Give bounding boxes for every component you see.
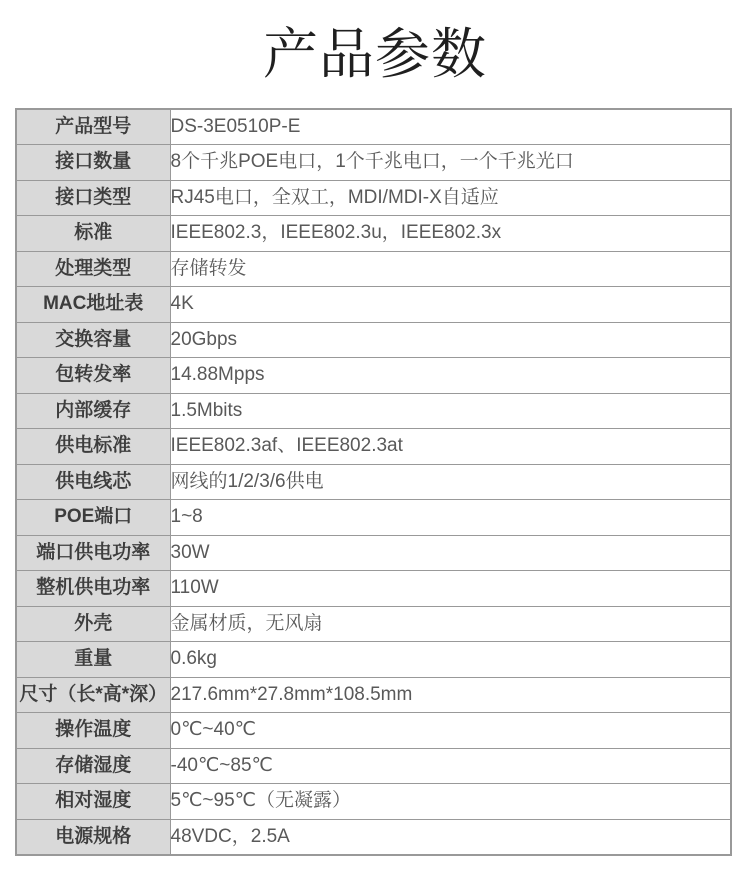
- table-row: 重量 0.6kg: [16, 642, 731, 678]
- spec-value: 1.5Mbits: [170, 393, 731, 429]
- spec-value: 217.6mm*27.8mm*108.5mm: [170, 677, 731, 713]
- spec-value: 金属材质，无风扇: [170, 606, 731, 642]
- spec-value: 0℃~40℃: [170, 713, 731, 749]
- spec-value: 8个千兆POE电口，1个千兆电口，一个千兆光口: [170, 145, 731, 181]
- spec-value: 存储转发: [170, 251, 731, 287]
- spec-value: 14.88Mpps: [170, 358, 731, 394]
- spec-label: POE端口: [16, 500, 170, 536]
- spec-label: 相对湿度: [16, 784, 170, 820]
- table-row: 供电线芯 网线的1/2/3/6供电: [16, 464, 731, 500]
- spec-label: 内部缓存: [16, 393, 170, 429]
- table-row: 接口类型 RJ45电口，全双工，MDI/MDI-X自适应: [16, 180, 731, 216]
- table-row: 供电标准 IEEE802.3af、IEEE802.3at: [16, 429, 731, 465]
- spec-label: 供电标准: [16, 429, 170, 465]
- spec-label: 尺寸（长*高*深）: [16, 677, 170, 713]
- table-row: 标准 IEEE802.3，IEEE802.3u，IEEE802.3x: [16, 216, 731, 252]
- spec-value: 1~8: [170, 500, 731, 536]
- spec-table-body: 产品型号 DS-3E0510P-E 接口数量 8个千兆POE电口，1个千兆电口，…: [16, 109, 731, 855]
- spec-value: 0.6kg: [170, 642, 731, 678]
- table-row: 整机供电功率 110W: [16, 571, 731, 607]
- table-row: POE端口 1~8: [16, 500, 731, 536]
- table-row: 存储湿度 -40℃~85℃: [16, 748, 731, 784]
- spec-value: DS-3E0510P-E: [170, 109, 731, 145]
- product-spec-table: 产品型号 DS-3E0510P-E 接口数量 8个千兆POE电口，1个千兆电口，…: [15, 108, 732, 856]
- spec-label: 供电线芯: [16, 464, 170, 500]
- table-row: 包转发率 14.88Mpps: [16, 358, 731, 394]
- spec-value: RJ45电口，全双工，MDI/MDI-X自适应: [170, 180, 731, 216]
- spec-label: 存储湿度: [16, 748, 170, 784]
- table-row: 接口数量 8个千兆POE电口，1个千兆电口，一个千兆光口: [16, 145, 731, 181]
- table-row: 处理类型 存储转发: [16, 251, 731, 287]
- table-row: 端口供电功率 30W: [16, 535, 731, 571]
- spec-value: IEEE802.3af、IEEE802.3at: [170, 429, 731, 465]
- spec-label: 重量: [16, 642, 170, 678]
- spec-value: -40℃~85℃: [170, 748, 731, 784]
- product-parameters-page: 产品参数 产品型号 DS-3E0510P-E 接口数量 8个千兆POE电口，1个…: [0, 0, 750, 884]
- spec-label: 产品型号: [16, 109, 170, 145]
- spec-label: 电源规格: [16, 819, 170, 855]
- spec-value: 110W: [170, 571, 731, 607]
- spec-label: 接口数量: [16, 145, 170, 181]
- table-row: 相对湿度 5℃~95℃（无凝露）: [16, 784, 731, 820]
- spec-label: 外壳: [16, 606, 170, 642]
- spec-label: MAC地址表: [16, 287, 170, 323]
- spec-value: 48VDC，2.5A: [170, 819, 731, 855]
- spec-label: 交换容量: [16, 322, 170, 358]
- spec-value: 20Gbps: [170, 322, 731, 358]
- table-row: 尺寸（长*高*深） 217.6mm*27.8mm*108.5mm: [16, 677, 731, 713]
- spec-value: 30W: [170, 535, 731, 571]
- spec-label: 标准: [16, 216, 170, 252]
- spec-value: 5℃~95℃（无凝露）: [170, 784, 731, 820]
- table-row: 操作温度 0℃~40℃: [16, 713, 731, 749]
- table-row: 产品型号 DS-3E0510P-E: [16, 109, 731, 145]
- spec-label: 接口类型: [16, 180, 170, 216]
- spec-label: 处理类型: [16, 251, 170, 287]
- page-title: 产品参数: [0, 24, 750, 84]
- spec-value: 4K: [170, 287, 731, 323]
- table-row: MAC地址表 4K: [16, 287, 731, 323]
- spec-label: 包转发率: [16, 358, 170, 394]
- spec-label: 整机供电功率: [16, 571, 170, 607]
- table-row: 电源规格 48VDC，2.5A: [16, 819, 731, 855]
- table-row: 外壳 金属材质，无风扇: [16, 606, 731, 642]
- spec-label: 操作温度: [16, 713, 170, 749]
- table-row: 交换容量 20Gbps: [16, 322, 731, 358]
- spec-label: 端口供电功率: [16, 535, 170, 571]
- spec-value: IEEE802.3，IEEE802.3u，IEEE802.3x: [170, 216, 731, 252]
- spec-value: 网线的1/2/3/6供电: [170, 464, 731, 500]
- table-row: 内部缓存 1.5Mbits: [16, 393, 731, 429]
